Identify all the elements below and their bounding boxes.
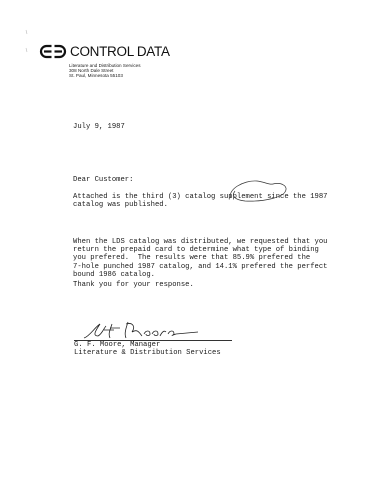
salutation: Dear Customer: bbox=[73, 176, 133, 184]
address-line: St. Paul, Minnesota 55103 bbox=[69, 73, 141, 78]
control-data-logo-icon bbox=[39, 44, 67, 59]
signer-name: G. F. Moore, Manager bbox=[74, 341, 160, 349]
letterhead-logo: CONTROL DATA bbox=[39, 43, 170, 59]
letter-date: July 9, 1987 bbox=[73, 123, 125, 131]
circled-word-annotation bbox=[225, 176, 295, 211]
signer-department: Literature & Distribution Services bbox=[74, 349, 221, 357]
margin-marks bbox=[24, 28, 30, 73]
company-name: CONTROL DATA bbox=[70, 44, 170, 59]
letterhead-address: Literature and Distribution Services 308… bbox=[69, 63, 141, 79]
paragraph-thanks: Thank you for your response. bbox=[73, 281, 194, 289]
paragraph-survey-results: When the LDS catalog was distributed, we… bbox=[73, 238, 327, 279]
